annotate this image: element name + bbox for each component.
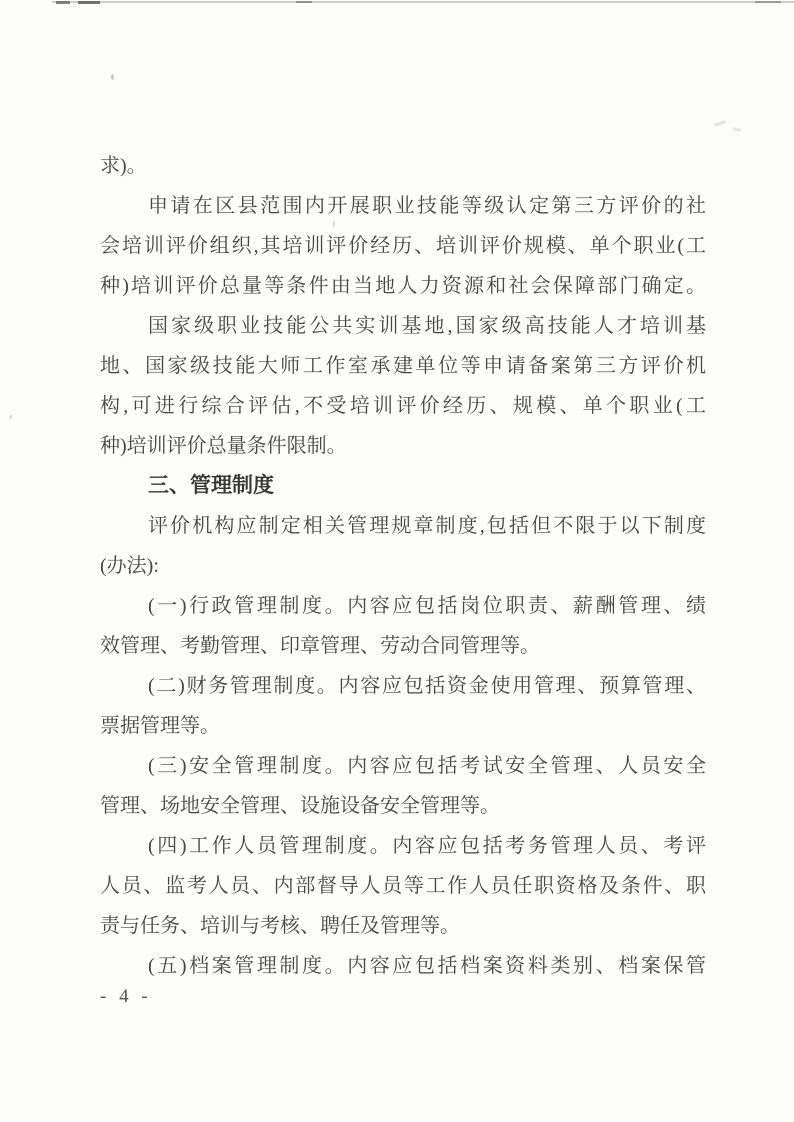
- scan-smudge: [732, 127, 741, 132]
- text-line: (二)财务管理制度。内容应包括资金使用管理、预算管理、: [100, 666, 706, 706]
- document-body: 求)。 申请在区县范围内开展职业技能等级认定第三方评价的社 会培训评价组织,其培…: [100, 146, 706, 986]
- scan-edge-line: [52, 1, 794, 3]
- text-line: 种)培训评价总量等条件由当地人力资源和社会保障部门确定。: [100, 266, 706, 306]
- text-line: (办法):: [100, 546, 706, 586]
- text-line: (四)工作人员管理制度。内容应包括考务管理人员、考评: [100, 826, 706, 866]
- text-line: 人员、监考人员、内部督导人员等工作人员任职资格及条件、职: [100, 866, 706, 906]
- text-line: 管理、场地安全管理、设施设备安全管理等。: [100, 786, 706, 826]
- scan-edge-dash: [56, 1, 70, 4]
- text-line: 申请在区县范围内开展职业技能等级认定第三方评价的社: [100, 186, 706, 226]
- text-line: 构,可进行综合评估,不受培训评价经历、规模、单个职业(工: [100, 386, 706, 426]
- text-line: 效管理、考勤管理、印章管理、劳动合同管理等。: [100, 626, 706, 666]
- text-line: 地、国家级技能大师工作室承建单位等申请备案第三方评价机: [100, 346, 706, 386]
- scan-speck: [9, 415, 12, 419]
- text-line: (三)安全管理制度。内容应包括考试安全管理、人员安全: [100, 746, 706, 786]
- text-line: (五)档案管理制度。内容应包括档案资料类别、档案保管: [100, 946, 706, 986]
- text-line: 求)。: [100, 146, 706, 186]
- text-line: 票据管理等。: [100, 706, 706, 746]
- text-line: (一)行政管理制度。内容应包括岗位职责、薪酬管理、绩: [100, 586, 706, 626]
- text-line: 评价机构应制定相关管理规章制度,包括但不限于以下制度: [100, 506, 706, 546]
- scan-smudge: [714, 120, 726, 127]
- scan-edge-dash: [78, 1, 100, 4]
- scan-speck: [111, 74, 114, 80]
- scan-edge-dash: [755, 1, 781, 3]
- text-line: 国家级职业技能公共实训基地,国家级高技能人才培训基: [100, 306, 706, 346]
- scan-edge-dash: [296, 1, 312, 3]
- text-line: 种)培训评价总量条件限制。: [100, 426, 706, 466]
- document-page: 求)。 申请在区县范围内开展职业技能等级认定第三方评价的社 会培训评价组织,其培…: [0, 0, 794, 1122]
- page-number: - 4 -: [100, 986, 152, 1008]
- section-heading: 三、管理制度: [100, 466, 706, 506]
- text-line: 责与任务、培训与考核、聘任及管理等。: [100, 906, 706, 946]
- text-line: 会培训评价组织,其培训评价经历、培训评价规模、单个职业(工: [100, 226, 706, 266]
